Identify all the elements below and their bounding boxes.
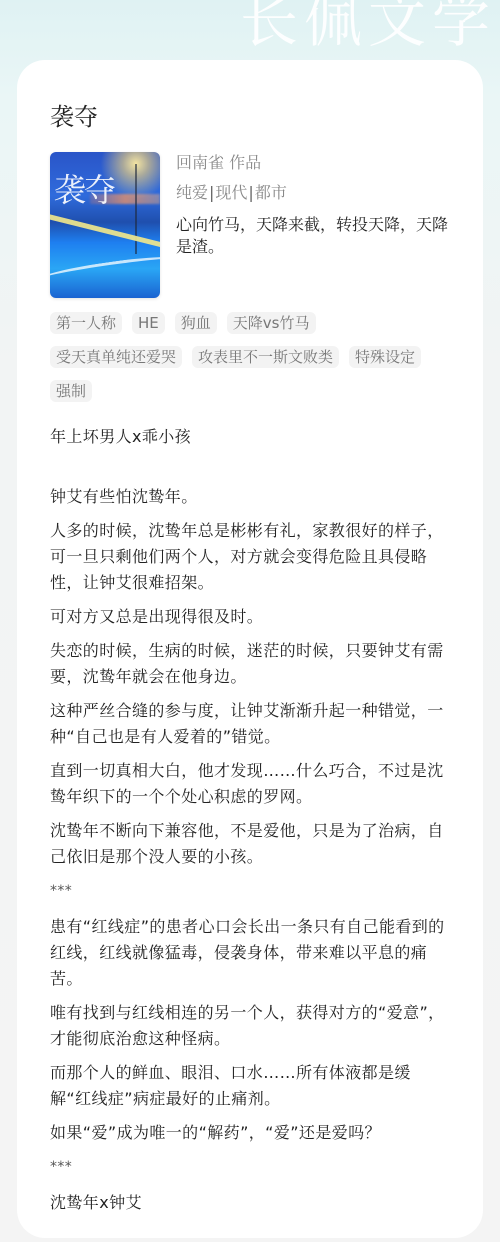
intro-paragraph: 人多的时候，沈鸷年总是彬彬有礼，家教很好的样子，可一旦只剩他们两个人，对方就会变…: [50, 518, 450, 596]
cover-yellow-streak: [50, 212, 160, 251]
genre-item[interactable]: 纯爱: [176, 183, 208, 202]
section-divider: ***: [50, 878, 450, 904]
intro-paragraph: 失恋的时候，生病的时候，迷茫的时候，只要钟艾有需要，沈鸷年就会在他身边。: [50, 638, 450, 690]
tag[interactable]: 第一人称: [50, 312, 122, 334]
tag[interactable]: 特殊设定: [349, 346, 421, 368]
intro-paragraph: 而那个人的鲜血、眼泪、口水……所有体液都是缓解“红线症”病症最好的止痛剂。: [50, 1060, 450, 1112]
intro-paragraph: 唯有找到与红线相连的另一个人，获得对方的“爱意”，才能彻底治愈这种怪病。: [50, 1000, 450, 1052]
tag[interactable]: 受天真单纯还爱哭: [50, 346, 182, 368]
book-summary: 心向竹马，天降来截，转投天降，天降是渣。: [176, 214, 450, 258]
intro-tagline: 年上坏男人x乖小孩: [50, 424, 450, 450]
intro-paragraph: 直到一切真相大白，他才发现……什么巧合，不过是沈鸷年织下的一个个处心积虑的罗网。: [50, 758, 450, 810]
watermark-logo: 长佩文学: [240, 0, 496, 50]
intro-paragraph: 可对方又总是出现得很及时。: [50, 604, 450, 630]
tag[interactable]: 天降vs竹马: [227, 312, 316, 334]
intro-pairing: 沈鸷年x钟艾: [50, 1190, 450, 1216]
book-title: 袭夺: [50, 102, 450, 132]
cover-title-text: 袭夺: [54, 174, 114, 206]
book-detail-card: 袭夺 袭夺 回南雀 作品 纯爱|现代|都市 心向竹马，天降来截，转投天降，天降是…: [17, 60, 483, 1238]
cover-wave: [50, 252, 160, 285]
genre-separator: |: [248, 183, 253, 202]
intro-text: 年上坏男人x乖小孩 钟艾有些怕沈鸷年。 人多的时候，沈鸷年总是彬彬有礼，家教很好…: [50, 424, 450, 1216]
author-line[interactable]: 回南雀 作品: [176, 152, 450, 174]
tag-list: 第一人称 HE 狗血 天降vs竹马 受天真单纯还爱哭 攻表里不一斯文败类 特殊设…: [50, 312, 450, 402]
section-divider: ***: [50, 1154, 450, 1180]
genre-line: 纯爱|现代|都市: [176, 182, 450, 204]
tag[interactable]: HE: [132, 312, 165, 334]
intro-paragraph: 钟艾有些怕沈鸷年。: [50, 484, 450, 510]
intro-paragraph: 如果“爱”成为唯一的“解药”，“爱”还是爱吗？: [50, 1120, 450, 1146]
intro-paragraph: 患有“红线症”的患者心口会长出一条只有自己能看到的红线，红线就像猛毒，侵袭身体，…: [50, 914, 450, 992]
intro-paragraph: 这种严丝合缝的参与度，让钟艾渐渐升起一种错觉，一种“自己也是有人爱着的”错觉。: [50, 698, 450, 750]
tag[interactable]: 攻表里不一斯文败类: [192, 346, 339, 368]
book-cover-image[interactable]: 袭夺: [50, 152, 160, 298]
tag[interactable]: 狗血: [175, 312, 217, 334]
intro-paragraph: 沈鸷年不断向下兼容他，不是爱他，只是为了治病，自己依旧是那个没人要的小孩。: [50, 818, 450, 870]
genre-item[interactable]: 都市: [255, 183, 287, 202]
book-info-row: 袭夺 回南雀 作品 纯爱|现代|都市 心向竹马，天降来截，转投天降，天降是渣。: [50, 152, 450, 298]
book-meta: 回南雀 作品 纯爱|现代|都市 心向竹马，天降来截，转投天降，天降是渣。: [176, 152, 450, 258]
tag[interactable]: 强制: [50, 380, 92, 402]
genre-separator: |: [209, 183, 214, 202]
genre-item[interactable]: 现代: [215, 183, 247, 202]
